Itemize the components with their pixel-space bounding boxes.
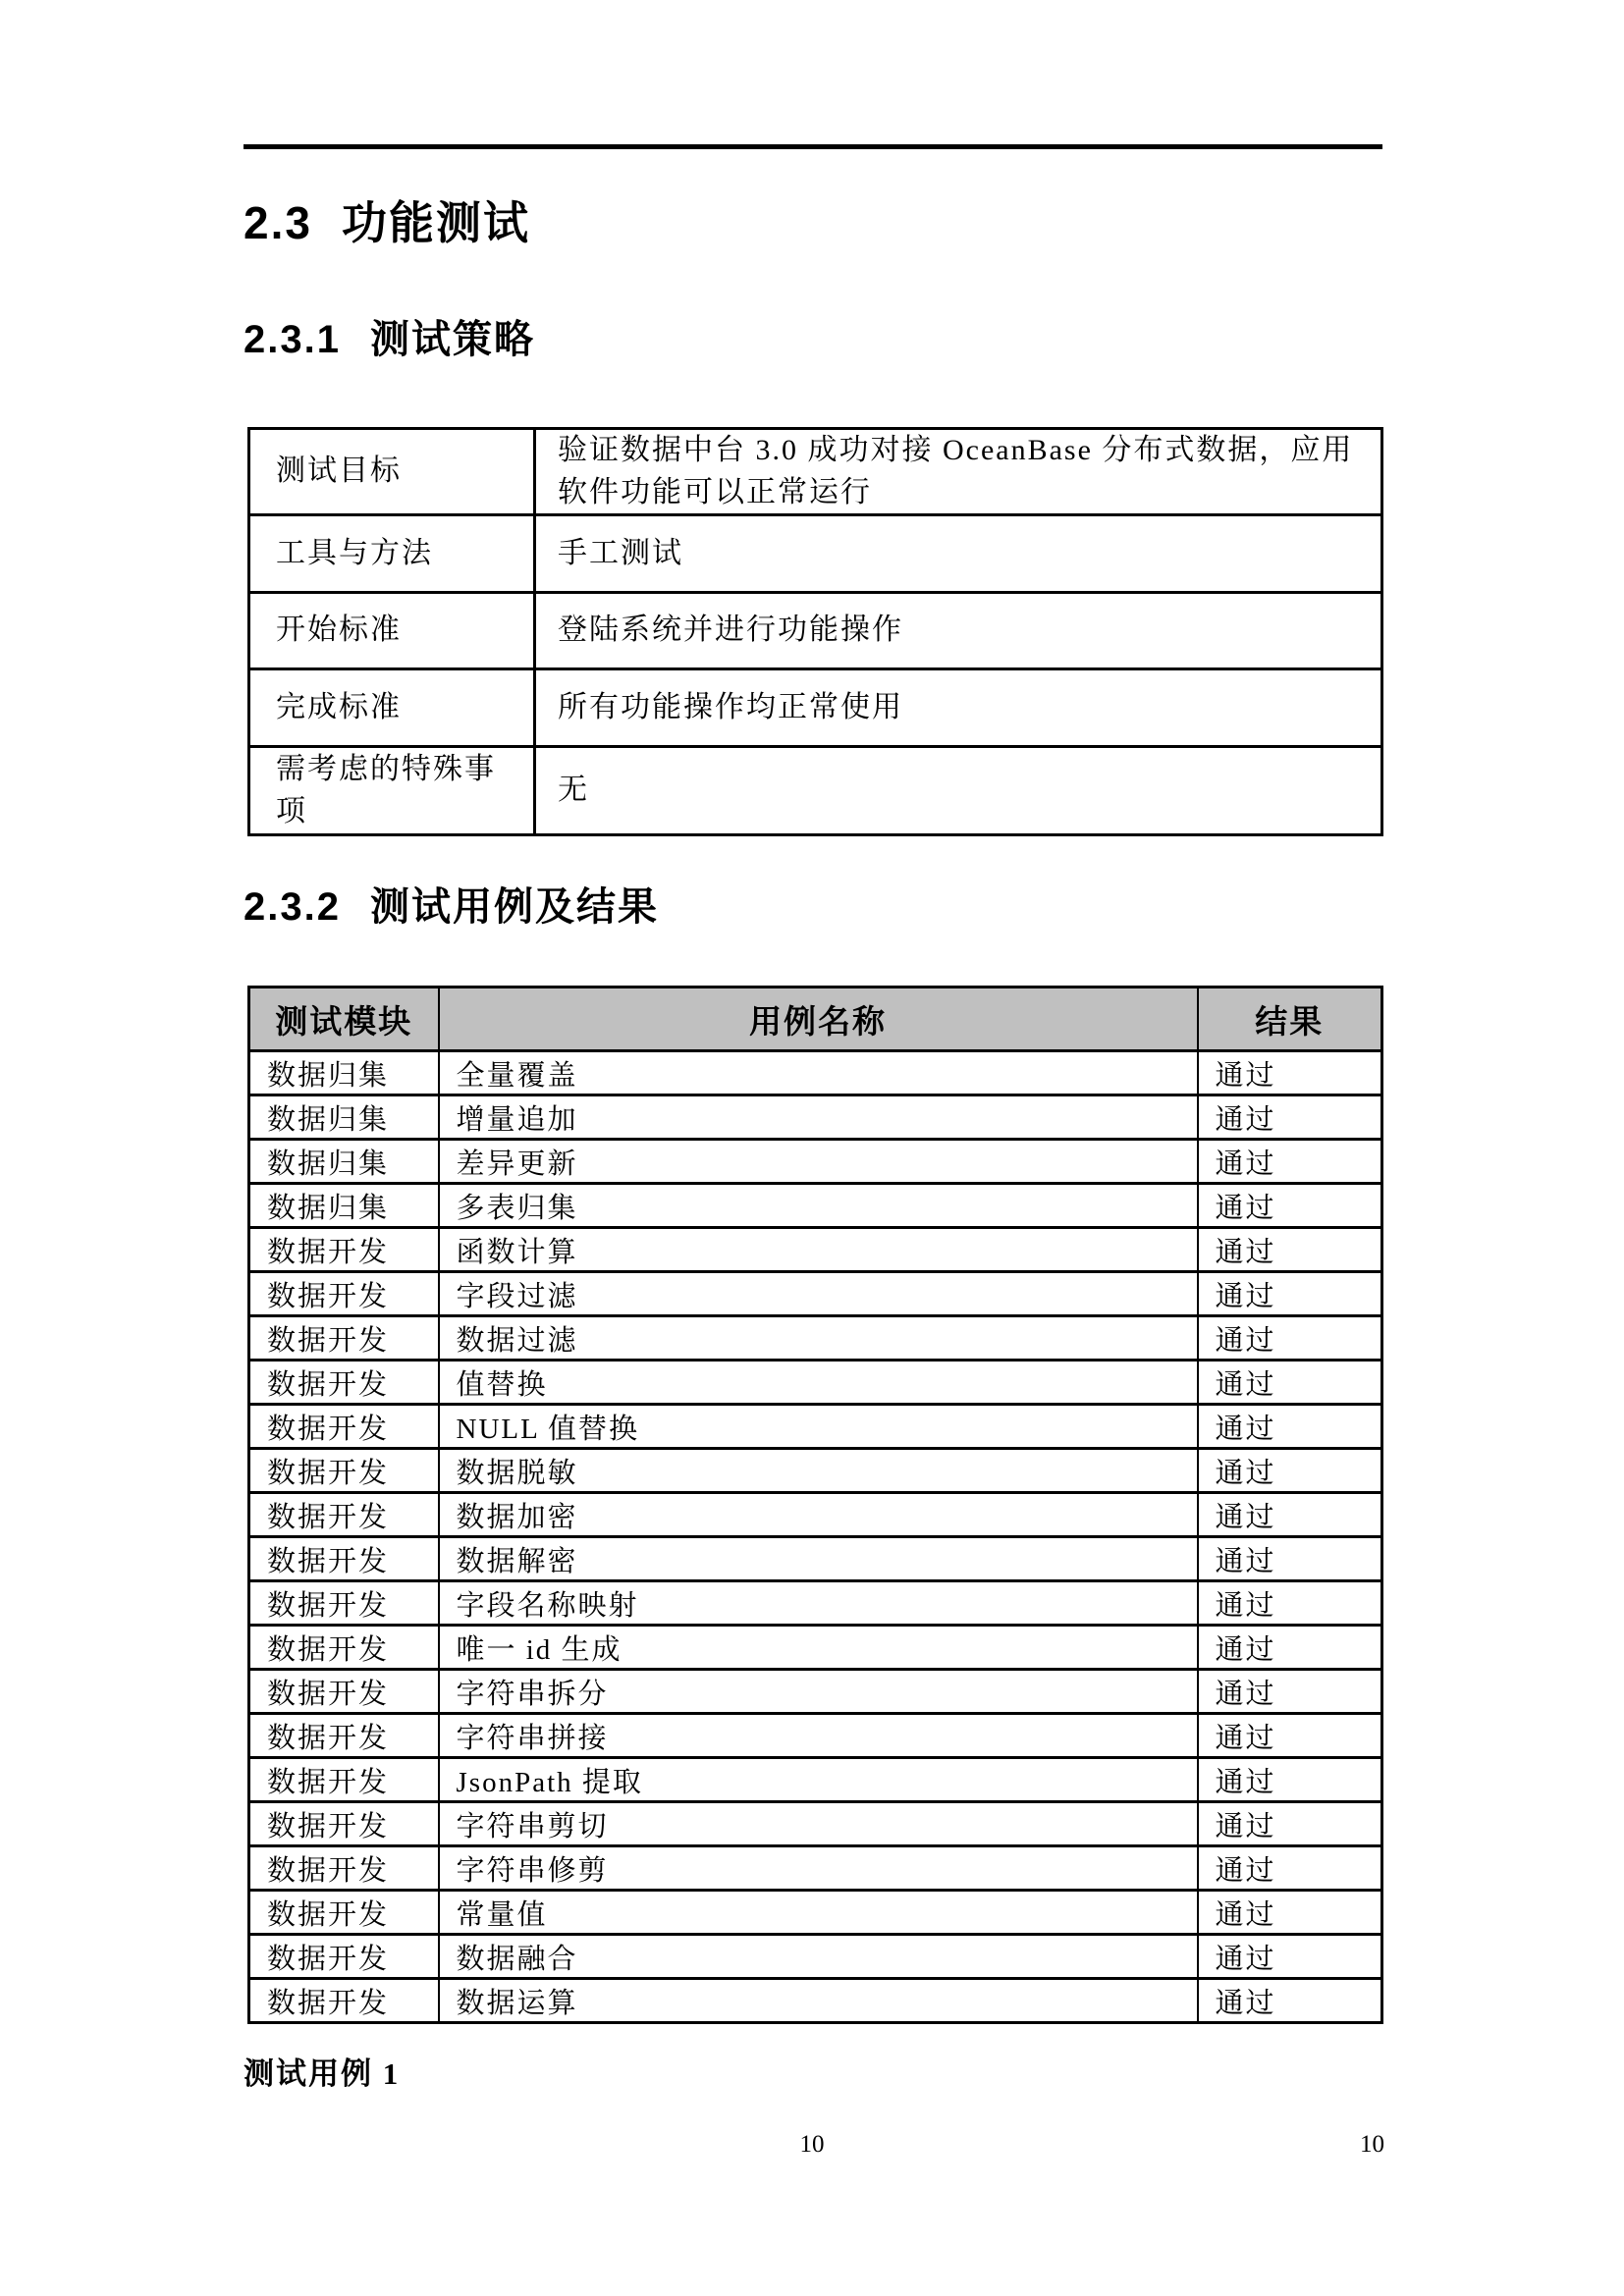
table-cell: 通过 (1198, 1537, 1382, 1581)
table-cell: 数据运算 (439, 1979, 1198, 2023)
table-cell: 通过 (1198, 1228, 1382, 1272)
table-cell: 数据开发 (249, 1891, 439, 1935)
table-cell: 字段过滤 (439, 1272, 1198, 1316)
table-cell: 数据解密 (439, 1537, 1198, 1581)
table-cell: 通过 (1198, 1493, 1382, 1537)
test-results-table: 测试模块 用例名称 结果 数据归集全量覆盖通过数据归集增量追加通过数据归集差异更… (247, 986, 1383, 2024)
table-cell: NULL 值替换 (439, 1405, 1198, 1449)
table-cell: 通过 (1198, 1184, 1382, 1228)
table-cell: 常量值 (439, 1891, 1198, 1935)
table-cell: 数据归集 (249, 1140, 439, 1184)
table-cell: 通过 (1198, 1361, 1382, 1405)
section-heading-2-3: 2.3功能测试 (244, 200, 530, 245)
table-cell: 验证数据中台 3.0 成功对接 OceanBase 分布式数据，应用软件功能可以… (535, 429, 1382, 515)
table-cell: 数据开发 (249, 1493, 439, 1537)
table-cell: 数据开发 (249, 1316, 439, 1361)
table-cell: 通过 (1198, 1758, 1382, 1802)
column-header-result: 结果 (1198, 988, 1382, 1051)
column-header-module: 测试模块 (249, 988, 439, 1051)
table-row: 数据开发数据过滤通过 (249, 1316, 1382, 1361)
table-row: 数据开发数据运算通过 (249, 1979, 1382, 2023)
table-cell: 通过 (1198, 1140, 1382, 1184)
table-cell: 通过 (1198, 1095, 1382, 1140)
table-row: 数据归集差异更新通过 (249, 1140, 1382, 1184)
table-cell: 通过 (1198, 1714, 1382, 1758)
table-cell: 数据开发 (249, 1802, 439, 1846)
table-cell: 数据开发 (249, 1228, 439, 1272)
table-row: 工具与方法手工测试 (249, 515, 1382, 593)
table-row: 数据开发字符串修剪通过 (249, 1846, 1382, 1891)
table-cell: 数据归集 (249, 1095, 439, 1140)
table-cell: 通过 (1198, 1670, 1382, 1714)
page-number-right: 10 (1306, 2132, 1384, 2157)
table-row: 完成标准所有功能操作均正常使用 (249, 669, 1382, 747)
test-results-table-body: 数据归集全量覆盖通过数据归集增量追加通过数据归集差异更新通过数据归集多表归集通过… (249, 1051, 1382, 2023)
table-cell: 工具与方法 (249, 515, 535, 593)
table-cell: 增量追加 (439, 1095, 1198, 1140)
table-cell: 数据开发 (249, 1361, 439, 1405)
table-cell: 测试目标 (249, 429, 535, 515)
section-number: 2.3.1 (244, 320, 341, 359)
table-cell: 通过 (1198, 1626, 1382, 1670)
table-cell: 数据归集 (249, 1184, 439, 1228)
table-cell: 通过 (1198, 1272, 1382, 1316)
table-cell: 数据开发 (249, 1581, 439, 1626)
table-row: 数据开发函数计算通过 (249, 1228, 1382, 1272)
table-cell: 通过 (1198, 1802, 1382, 1846)
table-cell: 通过 (1198, 1316, 1382, 1361)
table-row: 测试目标验证数据中台 3.0 成功对接 OceanBase 分布式数据，应用软件… (249, 429, 1382, 515)
header-rule (244, 144, 1382, 149)
table-cell: JsonPath 提取 (439, 1758, 1198, 1802)
table-cell: 完成标准 (249, 669, 535, 747)
section-heading-2-3-2: 2.3.2测试用例及结果 (244, 887, 659, 927)
table-cell: 字符串剪切 (439, 1802, 1198, 1846)
table-cell: 字符串修剪 (439, 1846, 1198, 1891)
table-cell: 数据开发 (249, 1714, 439, 1758)
table-cell: 数据归集 (249, 1051, 439, 1095)
column-header-case-name: 用例名称 (439, 988, 1198, 1051)
table-row: 数据开发唯一 id 生成通过 (249, 1626, 1382, 1670)
table-cell: 数据开发 (249, 1449, 439, 1493)
table-cell: 数据开发 (249, 1537, 439, 1581)
table-cell: 通过 (1198, 1935, 1382, 1979)
table-row: 数据开发数据加密通过 (249, 1493, 1382, 1537)
table-cell: 通过 (1198, 1449, 1382, 1493)
table-row: 开始标准登陆系统并进行功能操作 (249, 593, 1382, 669)
table-row: 数据开发数据融合通过 (249, 1935, 1382, 1979)
table-cell: 数据脱敏 (439, 1449, 1198, 1493)
table-cell: 数据开发 (249, 1670, 439, 1714)
table-cell: 数据加密 (439, 1493, 1198, 1537)
table-cell: 需考虑的特殊事项 (249, 747, 535, 835)
table-header-row: 测试模块 用例名称 结果 (249, 988, 1382, 1051)
table-cell: 所有功能操作均正常使用 (535, 669, 1382, 747)
test-case-caption: 测试用例 1 (244, 2049, 400, 2093)
section-number: 2.3 (244, 200, 312, 245)
table-cell: 多表归集 (439, 1184, 1198, 1228)
table-cell: 通过 (1198, 1979, 1382, 2023)
table-row: 数据开发字符串拆分通过 (249, 1670, 1382, 1714)
table-cell: 唯一 id 生成 (439, 1626, 1198, 1670)
table-cell: 通过 (1198, 1051, 1382, 1095)
table-cell: 数据开发 (249, 1272, 439, 1316)
table-cell: 数据开发 (249, 1626, 439, 1670)
table-cell: 数据过滤 (439, 1316, 1198, 1361)
table-row: 数据开发字符串剪切通过 (249, 1802, 1382, 1846)
table-cell: 登陆系统并进行功能操作 (535, 593, 1382, 669)
section-heading-2-3-1: 2.3.1测试策略 (244, 320, 535, 359)
table-cell: 函数计算 (439, 1228, 1198, 1272)
table-row: 数据开发数据解密通过 (249, 1537, 1382, 1581)
table-cell: 数据开发 (249, 1405, 439, 1449)
table-cell: 通过 (1198, 1891, 1382, 1935)
table-cell: 字段名称映射 (439, 1581, 1198, 1626)
table-row: 数据开发字符串拼接通过 (249, 1714, 1382, 1758)
section-title: 功能测试 (342, 197, 530, 248)
table-cell: 字符串拼接 (439, 1714, 1198, 1758)
table-row: 数据开发字段名称映射通过 (249, 1581, 1382, 1626)
table-cell: 无 (535, 747, 1382, 835)
document-page: { "sections": { "s23": {"number": "2.3",… (0, 0, 1624, 2296)
table-row: 数据开发数据脱敏通过 (249, 1449, 1382, 1493)
table-cell: 通过 (1198, 1581, 1382, 1626)
table-row: 数据归集增量追加通过 (249, 1095, 1382, 1140)
table-cell: 字符串拆分 (439, 1670, 1198, 1714)
table-cell: 数据融合 (439, 1935, 1198, 1979)
table-cell: 数据开发 (249, 1935, 439, 1979)
table-row: 数据开发值替换通过 (249, 1361, 1382, 1405)
table-row: 数据开发NULL 值替换通过 (249, 1405, 1382, 1449)
table-row: 需考虑的特殊事项无 (249, 747, 1382, 835)
test-strategy-table-body: 测试目标验证数据中台 3.0 成功对接 OceanBase 分布式数据，应用软件… (249, 429, 1382, 835)
table-cell: 数据开发 (249, 1846, 439, 1891)
table-cell: 开始标准 (249, 593, 535, 669)
test-strategy-table: 测试目标验证数据中台 3.0 成功对接 OceanBase 分布式数据，应用软件… (247, 427, 1383, 836)
table-row: 数据开发字段过滤通过 (249, 1272, 1382, 1316)
table-row: 数据归集全量覆盖通过 (249, 1051, 1382, 1095)
table-row: 数据归集多表归集通过 (249, 1184, 1382, 1228)
table-cell: 数据开发 (249, 1979, 439, 2023)
table-cell: 值替换 (439, 1361, 1198, 1405)
table-cell: 通过 (1198, 1405, 1382, 1449)
section-number: 2.3.2 (244, 887, 341, 927)
table-row: 数据开发JsonPath 提取通过 (249, 1758, 1382, 1802)
section-title: 测试策略 (370, 318, 535, 361)
table-cell: 差异更新 (439, 1140, 1198, 1184)
section-title: 测试用例及结果 (370, 885, 659, 929)
table-cell: 数据开发 (249, 1758, 439, 1802)
table-cell: 通过 (1198, 1846, 1382, 1891)
table-cell: 手工测试 (535, 515, 1382, 593)
table-row: 数据开发常量值通过 (249, 1891, 1382, 1935)
table-cell: 全量覆盖 (439, 1051, 1198, 1095)
